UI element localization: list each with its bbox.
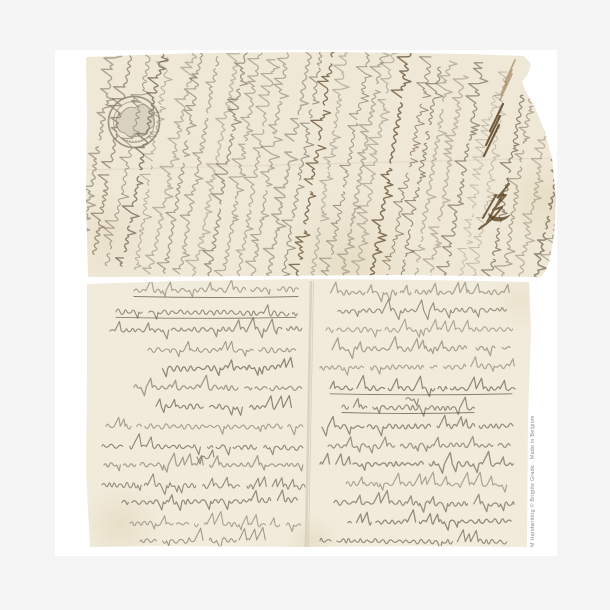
bottom-document [78, 268, 552, 567]
photo-canvas: M Handwriting © Brigitte Grade · Made in… [0, 0, 610, 610]
watermark-credit-text: M Handwriting © Brigitte Grade · Made in… [529, 415, 536, 547]
product-photo-page: M Handwriting © Brigitte Grade · Made in… [0, 0, 610, 610]
